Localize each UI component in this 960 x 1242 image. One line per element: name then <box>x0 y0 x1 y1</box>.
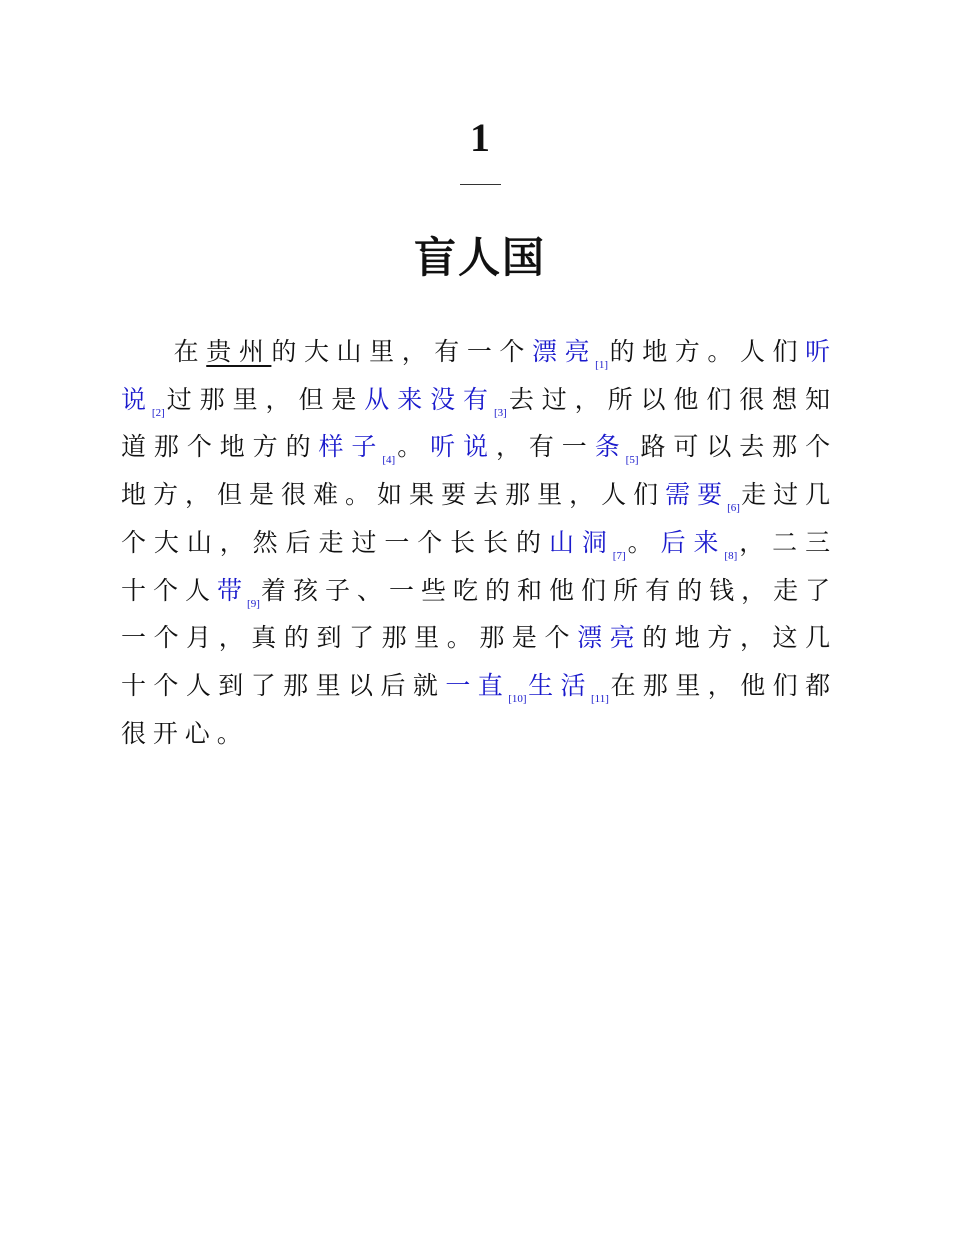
text-segment: 过那里，但是 <box>166 385 365 414</box>
footnote-ref-2[interactable]: [2] <box>152 407 165 419</box>
footnote-ref-7[interactable]: [7] <box>613 550 626 562</box>
text-segment: 的地方。人们 <box>609 337 805 366</box>
footnote-ref-6[interactable]: [6] <box>727 502 740 514</box>
text-segment: 在 <box>173 337 206 366</box>
vocab-link-houlai[interactable]: 后来 <box>661 528 727 557</box>
vocab-link-shenghuo[interactable]: 生活 <box>528 671 593 700</box>
footnote-ref-3[interactable]: [3] <box>494 407 507 419</box>
text-segment: 。 <box>396 432 430 461</box>
vocab-link-dai[interactable]: 带 <box>217 576 249 605</box>
footnote-ref-4[interactable]: [4] <box>382 454 395 466</box>
vocab-link-xuyao[interactable]: 需要 <box>665 480 729 509</box>
vocab-link-yangzi[interactable]: 样子 <box>319 432 385 461</box>
footnote-ref-10[interactable]: [10] <box>508 693 526 705</box>
chapter-number: 1 <box>0 112 960 164</box>
text-segment: ，有一 <box>496 432 595 461</box>
footnote-ref-5[interactable]: [5] <box>626 454 639 466</box>
vocab-link-yizhi[interactable]: 一直 <box>445 671 510 700</box>
footnote-ref-1[interactable]: [1] <box>595 359 608 371</box>
footnote-ref-9[interactable]: [9] <box>247 598 260 610</box>
vocab-link-tiao[interactable]: 条 <box>595 432 628 461</box>
vocab-link-piaoliang[interactable]: 漂亮 <box>532 337 597 366</box>
vocab-link-piaoliang[interactable]: 漂亮 <box>577 623 642 652</box>
text-segment: 的大山里，有一个 <box>271 337 532 366</box>
chapter-title: 盲人国 <box>0 226 960 290</box>
body-paragraph: 在贵州的大山里，有一个漂亮[1]的地方。人们听说[2]过那里，但是从来没有[3]… <box>121 328 837 757</box>
proper-noun-guizhou: 贵州 <box>206 337 271 366</box>
chapter-divider <box>460 184 501 185</box>
vocab-link-tingshuo[interactable]: 听说 <box>430 432 496 461</box>
vocab-link-conglaimeiyou[interactable]: 从来没有 <box>364 385 496 414</box>
text-segment: 。 <box>627 528 661 557</box>
footnote-ref-8[interactable]: [8] <box>724 550 737 562</box>
footnote-ref-11[interactable]: [11] <box>591 693 609 705</box>
vocab-link-shandong[interactable]: 山洞 <box>549 528 615 557</box>
